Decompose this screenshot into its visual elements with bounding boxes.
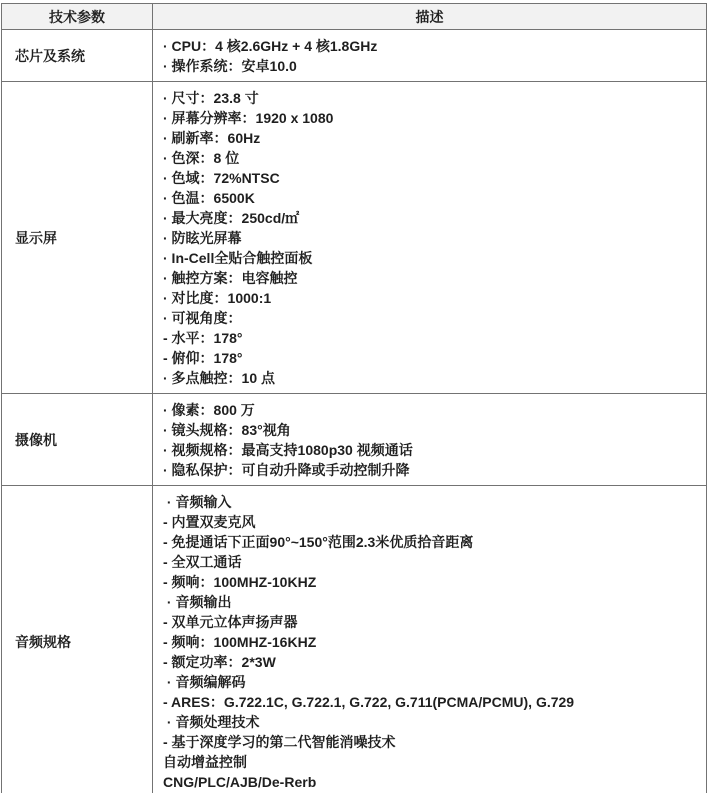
spec-line: · In-Cell全贴合触控面板 [163,248,696,268]
spec-line: · 触控方案：电容触控 [163,268,696,288]
spec-line: · 对比度：1000:1 [163,288,696,308]
spec-line: - 基于深度学习的第二代智能消噪技术 [163,732,696,752]
description-cell: · 尺寸：23.8 寸· 屏幕分辨率：1920 x 1080· 刷新率：60Hz… [153,82,707,394]
spec-line: · 音频输出 [163,592,696,612]
description-cell: · 音频输入- 内置双麦克风- 免提通话下正面90°~150°范围2.3米优质拾… [153,486,707,793]
spec-line: - 频响：100MHZ-10KHZ [163,572,696,592]
table-row: 芯片及系统· CPU：4 核2.6GHz + 4 核1.8GHz· 操作系统：安… [2,30,707,82]
spec-table-body: 芯片及系统· CPU：4 核2.6GHz + 4 核1.8GHz· 操作系统：安… [2,30,707,793]
spec-line: · 色温：6500K [163,188,696,208]
param-cell: 芯片及系统 [2,30,153,82]
spec-line: CNG/PLC/AJB/De-Rerb [163,772,696,792]
spec-line: 自动增益控制 [163,752,696,772]
spec-line: - 额定功率：2*3W [163,652,696,672]
table-row: 摄像机· 像素：800 万· 镜头规格：83°视角· 视频规格：最高支持1080… [2,394,707,486]
spec-line: · 色深：8 位 [163,148,696,168]
spec-table: 技术参数 描述 芯片及系统· CPU：4 核2.6GHz + 4 核1.8GHz… [1,3,707,793]
spec-line: · 隐私保护：可自动升降或手动控制升降 [163,460,696,480]
table-row: 音频规格 · 音频输入- 内置双麦克风- 免提通话下正面90°~150°范围2.… [2,486,707,793]
column-header-param: 技术参数 [2,4,153,30]
spec-line: - 免提通话下正面90°~150°范围2.3米优质拾音距离 [163,532,696,552]
spec-line: - ARES：G.722.1C, G.722.1, G.722, G.711(P… [163,692,696,712]
spec-line: · 操作系统：安卓10.0 [163,56,696,76]
description-cell: · CPU：4 核2.6GHz + 4 核1.8GHz· 操作系统：安卓10.0 [153,30,707,82]
spec-line: - 全双工通话 [163,552,696,572]
spec-line: - 频响：100MHZ-16KHZ [163,632,696,652]
table-row: 显示屏· 尺寸：23.8 寸· 屏幕分辨率：1920 x 1080· 刷新率：6… [2,82,707,394]
spec-line: · 尺寸：23.8 寸 [163,88,696,108]
spec-line: · 视频规格：最高支持1080p30 视频通话 [163,440,696,460]
spec-page: 技术参数 描述 芯片及系统· CPU：4 核2.6GHz + 4 核1.8GHz… [0,0,710,793]
spec-line: · 防眩光屏幕 [163,228,696,248]
spec-line: · 色域：72%NTSC [163,168,696,188]
spec-line: - 双单元立体声扬声器 [163,612,696,632]
spec-line: · 刷新率：60Hz [163,128,696,148]
header-row: 技术参数 描述 [2,4,707,30]
spec-line: · CPU：4 核2.6GHz + 4 核1.8GHz [163,36,696,56]
param-cell: 音频规格 [2,486,153,793]
spec-line: - 水平：178° [163,328,696,348]
spec-line: · 可视角度： [163,308,696,328]
spec-line: · 多点触控：10 点 [163,368,696,388]
spec-line: · 屏幕分辨率：1920 x 1080 [163,108,696,128]
column-header-description: 描述 [153,4,707,30]
spec-line: · 像素：800 万 [163,400,696,420]
spec-line: · 镜头规格：83°视角 [163,420,696,440]
spec-line: · 最大亮度：250cd/㎡ [163,208,696,228]
param-cell: 显示屏 [2,82,153,394]
spec-line: - 内置双麦克风 [163,512,696,532]
spec-line: · 音频处理技术 [163,712,696,732]
param-cell: 摄像机 [2,394,153,486]
description-cell: · 像素：800 万· 镜头规格：83°视角· 视频规格：最高支持1080p30… [153,394,707,486]
spec-line: · 音频编解码 [163,672,696,692]
spec-line: · 音频输入 [163,492,696,512]
spec-line: - 俯仰：178° [163,348,696,368]
